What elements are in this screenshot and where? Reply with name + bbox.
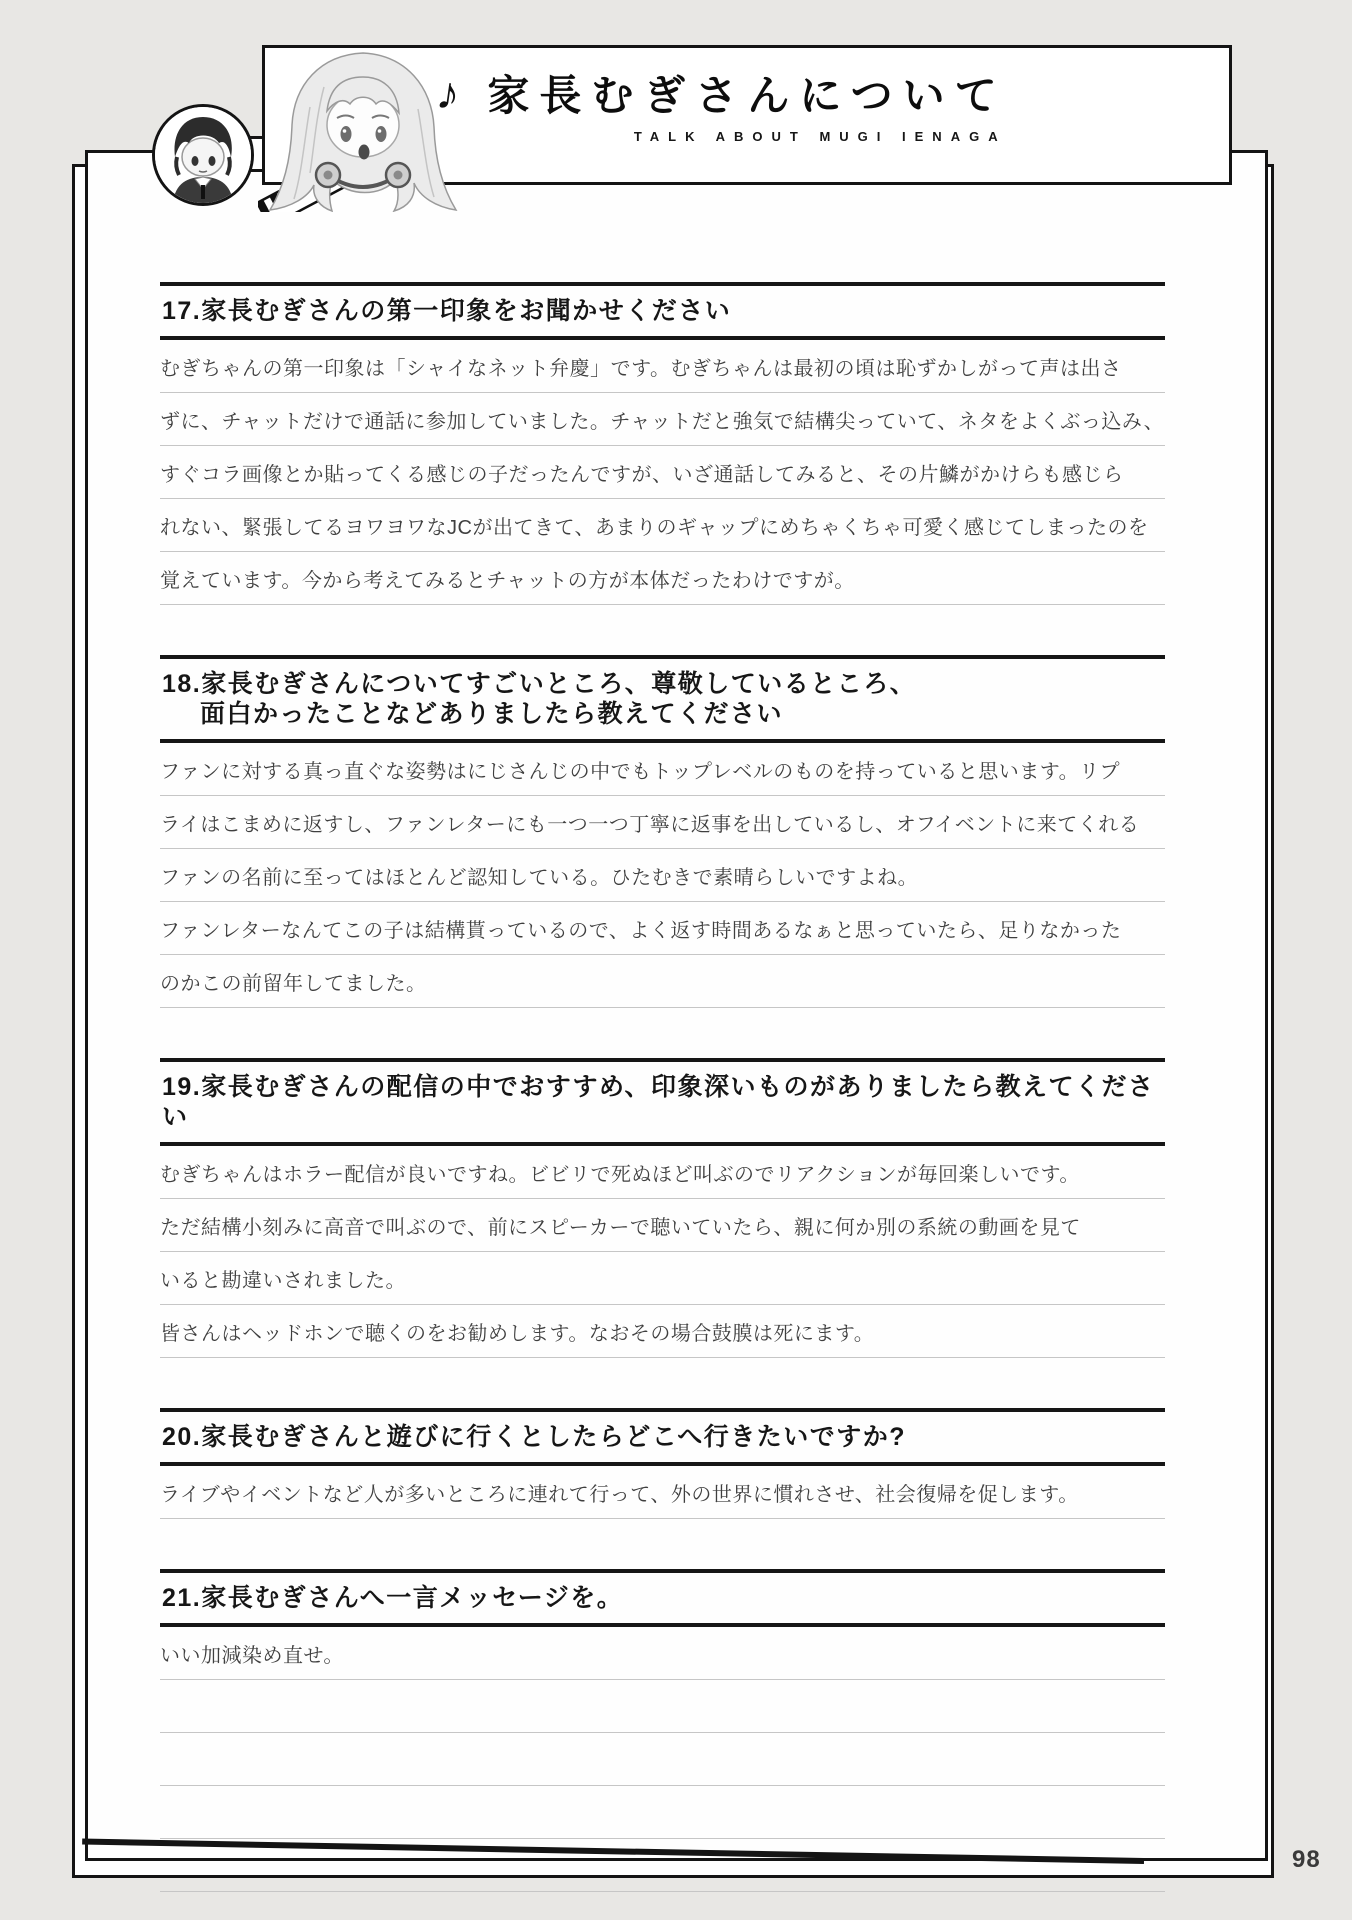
question-text: 19.家長むぎさんの配信の中でおすすめ、印象深いものがありましたら教えてください	[162, 1072, 1163, 1132]
question-text: 17.家長むぎさんの第一印象をお聞かせください	[162, 296, 1163, 326]
answer-lines: むぎちゃんはホラー配信が良いですね。ビビリで死ぬほど叫ぶのでリアクションが毎回楽…	[160, 1146, 1165, 1358]
page-number: 98	[1292, 1846, 1321, 1874]
blank-ruled-line	[160, 1733, 1165, 1786]
page-background: { "page": { "number": "98" }, "header": …	[0, 0, 1352, 1920]
qa-section: 19.家長むぎさんの配信の中でおすすめ、印象深いものがありましたら教えてください…	[160, 1058, 1165, 1358]
answer-text-line: むぎちゃんの第一印象は「シャイなネット弁慶」です。むぎちゃんは最初の頃は恥ずかし…	[160, 340, 1165, 393]
paper-sheet: 17.家長むぎさんの第一印象をお聞かせください むぎちゃんの第一印象は「シャイな…	[85, 150, 1268, 1861]
question-text: 面白かったことなどありましたら教えてください	[162, 699, 1163, 729]
answer-text-line: 覚えています。今から考えてみるとチャットの方が本体だったわけですが。	[160, 552, 1165, 605]
answer-text-line: ファンレターなんてこの子は結構貰っているので、よく返す時間あるなぁと思っていたら…	[160, 902, 1165, 955]
avatar	[152, 104, 254, 206]
question-text: 20.家長むぎさんと遊びに行くとしたらどこへ行きたいですか?	[162, 1422, 1163, 1452]
question-heading: 17.家長むぎさんの第一印象をお聞かせください	[160, 282, 1165, 340]
answer-text-line: ただ結構小刻みに高音で叫ぶので、前にスピーカーで聴いていたら、親に何か別の系統の…	[160, 1199, 1165, 1252]
answer-text-line: いい加減染め直せ。	[160, 1627, 1165, 1680]
answer-text-line: ずに、チャットだけで通話に参加していました。チャットだと強気で結構尖っていて、ネ…	[160, 393, 1165, 446]
answer-text-line: れない、緊張してるヨワヨワなJCが出てきて、あまりのギャップにめちゃくちゃ可愛く…	[160, 499, 1165, 552]
qa-section: 18.家長むぎさんについてすごいところ、尊敬しているところ、面白かったことなどあ…	[160, 655, 1165, 1008]
question-heading: 20.家長むぎさんと遊びに行くとしたらどこへ行きたいですか?	[160, 1408, 1165, 1466]
qa-section: 20.家長むぎさんと遊びに行くとしたらどこへ行きたいですか? ライブやイベントな…	[160, 1408, 1165, 1519]
question-heading: 19.家長むぎさんの配信の中でおすすめ、印象深いものがありましたら教えてください	[160, 1058, 1165, 1146]
page-subtitle: TALK ABOUT MUGI IENAGA	[487, 129, 1006, 144]
qa-section: 17.家長むぎさんの第一印象をお聞かせください むぎちゃんの第一印象は「シャイな…	[160, 282, 1165, 605]
boy-avatar-illustration	[155, 107, 251, 203]
question-heading: 21.家長むぎさんへ一言メッセージを。	[160, 1569, 1165, 1627]
answer-text-line: ライブやイベントなど人が多いところに連れて行って、外の世界に慣れさせ、社会復帰を…	[160, 1466, 1165, 1519]
question-text: 18.家長むぎさんについてすごいところ、尊敬しているところ、	[162, 669, 1163, 699]
question-text: 21.家長むぎさんへ一言メッセージを。	[162, 1583, 1163, 1613]
answer-lines: ライブやイベントなど人が多いところに連れて行って、外の世界に慣れさせ、社会復帰を…	[160, 1466, 1165, 1519]
content: 17.家長むぎさんの第一印象をお聞かせください むぎちゃんの第一印象は「シャイな…	[88, 153, 1165, 1892]
mugi-character-illustration	[258, 47, 468, 212]
answer-text-line: すぐコラ画像とか貼ってくる感じの子だったんですが、いざ通話してみると、その片鱗が…	[160, 446, 1165, 499]
answer-text-line: ライはこまめに返すし、ファンレターにも一つ一つ丁寧に返事を出しているし、オフイベ…	[160, 796, 1165, 849]
answer-text-line: いると勘違いされました。	[160, 1252, 1165, 1305]
question-heading: 18.家長むぎさんについてすごいところ、尊敬しているところ、面白かったことなどあ…	[160, 655, 1165, 743]
blank-ruled-line	[160, 1786, 1165, 1839]
answer-text-line: のかこの前留年してました。	[160, 955, 1165, 1008]
answer-text-line: 皆さんはヘッドホンで聴くのをお勧めします。なおその場合鼓膜は死にます。	[160, 1305, 1165, 1358]
answer-text-line: ファンに対する真っ直ぐな姿勢はにじさんじの中でもトップレベルのものを持っていると…	[160, 743, 1165, 796]
answer-lines: むぎちゃんの第一印象は「シャイなネット弁慶」です。むぎちゃんは最初の頃は恥ずかし…	[160, 340, 1165, 605]
page-title: 家長むぎさんについて	[487, 72, 1006, 120]
blank-ruled-line	[160, 1680, 1165, 1733]
answer-text-line: むぎちゃんはホラー配信が良いですね。ビビリで死ぬほど叫ぶのでリアクションが毎回楽…	[160, 1146, 1165, 1199]
answer-lines: ファンに対する真っ直ぐな姿勢はにじさんじの中でもトップレベルのものを持っていると…	[160, 743, 1165, 1008]
answer-text-line: ファンの名前に至ってはほとんど認知している。ひたむきで素晴らしいですよね。	[160, 849, 1165, 902]
